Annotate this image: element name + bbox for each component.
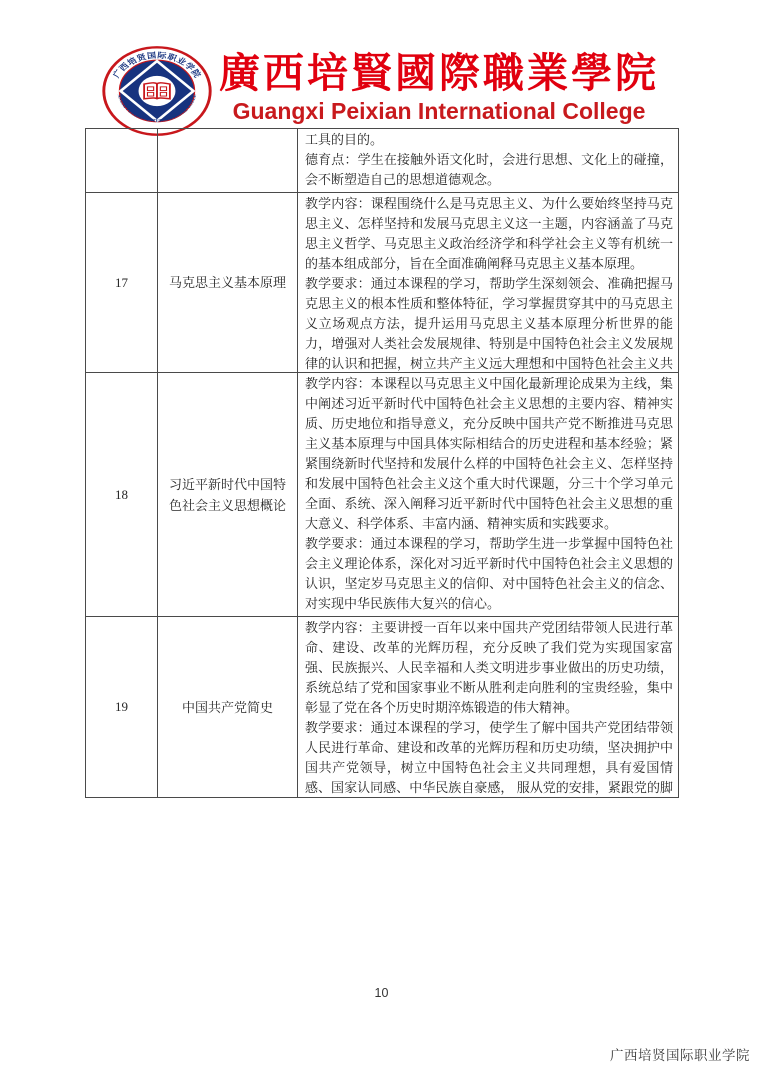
description-paragraph: 教学要求：通过本课程的学习，帮助学生进一步掌握中国特色社会主义理论体系，深化对习… [305, 534, 673, 614]
description-paragraph: 德育点：学生在接触外语文化时，会进行思想、文化上的碰撞，会不断塑造自己的思想道德… [305, 150, 673, 190]
course-name-cell: 马克思主义基本原理 [158, 193, 298, 373]
description-paragraph: 教学要求：通过本课程的学习，使学生了解中国共产党团结带领人民进行革命、建设和改革… [305, 718, 673, 798]
course-name-cell: 习近平新时代中国特色社会主义思想概论 [158, 373, 298, 617]
table-row: 18 习近平新时代中国特色社会主义思想概论 教学内容：本课程以马克思主义中国化最… [86, 373, 679, 617]
college-title-block: 廣西培賢國際職業學院 Guangxi Peixian International… [208, 48, 670, 125]
course-name-cell: 中国共产党简史 [158, 617, 298, 798]
description-paragraph: 教学内容：本课程以马克思主义中国化最新理论成果为主线，集中阐述习近平新时代中国特… [305, 374, 673, 534]
open-book-icon [144, 83, 170, 99]
description-paragraph: 工具的目的。 [305, 130, 673, 150]
course-description-cell: 工具的目的。 德育点：学生在接触外语文化时，会进行思想、文化上的碰撞，会不断塑造… [298, 129, 679, 193]
college-name-chinese: 廣西培賢國際職業學院 [208, 48, 670, 98]
course-description-table: 工具的目的。 德育点：学生在接触外语文化时，会进行思想、文化上的碰撞，会不断塑造… [85, 128, 679, 798]
description-paragraph: 教学内容：课程围绕什么是马克思主义、为什么要始终坚持马克思主义、怎样坚持和发展马… [305, 194, 673, 274]
course-number-cell: 18 [86, 373, 158, 617]
description-paragraph: 教学要求：通过本课程的学习，帮助学生深刻领会、准确把握马克思主义的根本性质和整体… [305, 274, 673, 373]
college-seal-icon: 广西培贤国际职业学院 GUANGXI PEIXIAN INTERNATIONAL… [101, 45, 213, 137]
page-header: 广西培贤国际职业学院 GUANGXI PEIXIAN INTERNATIONAL… [0, 0, 763, 140]
table-row: 19 中国共产党简史 教学内容：主要讲授一百年以来中国共产党团结带领人民进行革命… [86, 617, 679, 798]
footer-college-name: 广西培贤国际职业学院 [610, 1044, 750, 1064]
course-name-cell [158, 129, 298, 193]
course-description-cell: 教学内容：课程围绕什么是马克思主义、为什么要始终坚持马克思主义、怎样坚持和发展马… [298, 193, 679, 373]
college-name-english: Guangxi Peixian International College [208, 98, 670, 125]
document-page: 广西培贤国际职业学院 GUANGXI PEIXIAN INTERNATIONAL… [0, 0, 763, 1080]
course-description-cell: 教学内容：本课程以马克思主义中国化最新理论成果为主线，集中阐述习近平新时代中国特… [298, 373, 679, 617]
course-description-cell: 教学内容：主要讲授一百年以来中国共产党团结带领人民进行革命、建设、改革的光辉历程… [298, 617, 679, 798]
page-number: 10 [0, 986, 763, 1000]
course-number-cell: 19 [86, 617, 158, 798]
table-row: 17 马克思主义基本原理 教学内容：课程围绕什么是马克思主义、为什么要始终坚持马… [86, 193, 679, 373]
description-paragraph: 教学内容：主要讲授一百年以来中国共产党团结带领人民进行革命、建设、改革的光辉历程… [305, 618, 673, 718]
table-row: 工具的目的。 德育点：学生在接触外语文化时，会进行思想、文化上的碰撞，会不断塑造… [86, 129, 679, 193]
course-number-cell [86, 129, 158, 193]
course-number-cell: 17 [86, 193, 158, 373]
